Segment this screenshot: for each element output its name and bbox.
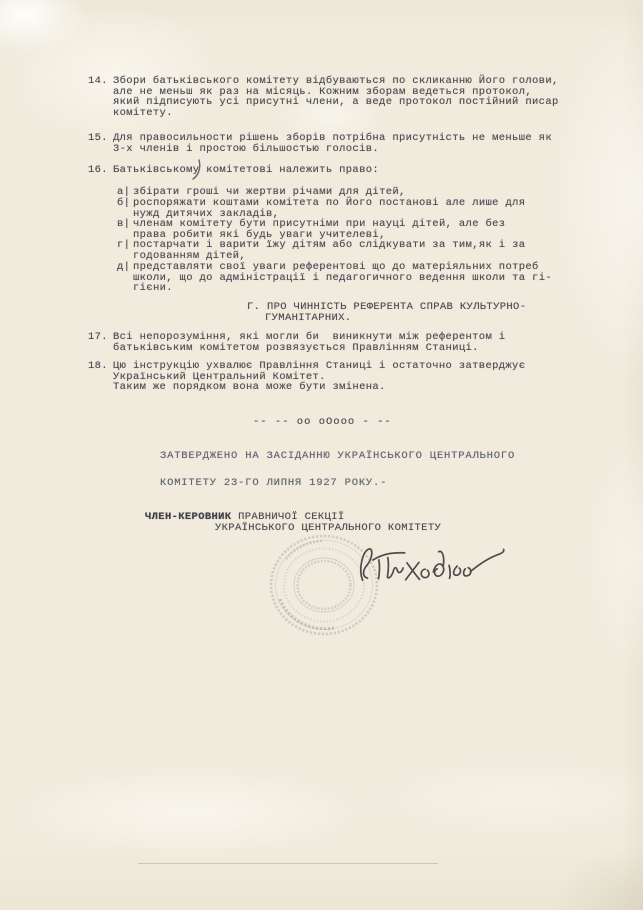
- sub-item-h: г| постарчати і варити їжу дітям або слі…: [117, 240, 525, 261]
- list-item-14: 14. Збори батьківського комітету відбува…: [88, 76, 559, 119]
- paper-fold-line: [138, 863, 438, 864]
- list-item-17: 17. Всі непорозуміння, які могли би вини…: [88, 332, 505, 353]
- approval-line1: ЗАТВЕРДЖЕНО НА ЗАСІДАННЮ УКРАЇНСЬКОГО ЦЕ…: [160, 451, 515, 462]
- item-number: 17.: [88, 332, 113, 343]
- sub-item-d: д| представляти свої уваги референтові щ…: [117, 262, 552, 294]
- typed-line: батьківським комітетом розвязується Прав…: [113, 343, 505, 354]
- sub-item-v: в| членам комітету бути присутніми при н…: [117, 219, 505, 240]
- item-number: 16.: [88, 165, 113, 176]
- item-number: 18.: [88, 361, 113, 372]
- section-heading-line2: ГУМАНІТАРНИХ.: [265, 313, 351, 324]
- scanned-document-page: 14. Збори батьківського комітету відбува…: [0, 0, 643, 910]
- typed-line: 3-х членів і простою більшостью голосів.: [113, 144, 552, 155]
- list-item-18: 18. Цю інструкцію ухвалює Правління Стан…: [88, 361, 525, 393]
- typed-line: гієни.: [133, 283, 552, 294]
- sub-item-letter: в|: [117, 219, 133, 230]
- signature-prykhodko: [352, 531, 509, 594]
- item-number: 15.: [88, 133, 113, 144]
- sub-item-letter: д|: [117, 262, 133, 273]
- sub-item-letter: б|: [117, 198, 133, 209]
- approval-line2: КОМІТЕТУ 23-ГО ЛИПНЯ 1927 РОКУ.-: [160, 478, 387, 489]
- typed-line: годованням дітей,: [133, 251, 525, 262]
- sub-item-letter: г|: [117, 240, 133, 251]
- typed-line: школи, що до адміністрації і педагогично…: [133, 273, 552, 284]
- handwritten-check-mark: [190, 159, 204, 181]
- sub-item-b: б| роспоряжати коштами комітета по Його …: [117, 198, 525, 219]
- section-divider: -- -- оо оОооо - --: [253, 417, 392, 428]
- list-item-15: 15. Для правосильности рішень зборів пот…: [88, 133, 552, 154]
- typed-line: комітету.: [113, 108, 559, 119]
- item-number: 14.: [88, 76, 113, 87]
- typed-line: Батьківському комітетові належить право:: [113, 165, 379, 176]
- list-item-16: 16. Батьківському комітетові належить пр…: [88, 165, 379, 176]
- typed-line: який підписують усі присутні члени, а ве…: [113, 97, 559, 108]
- typed-line: Таким же порядком вона може бути змінена…: [113, 382, 525, 393]
